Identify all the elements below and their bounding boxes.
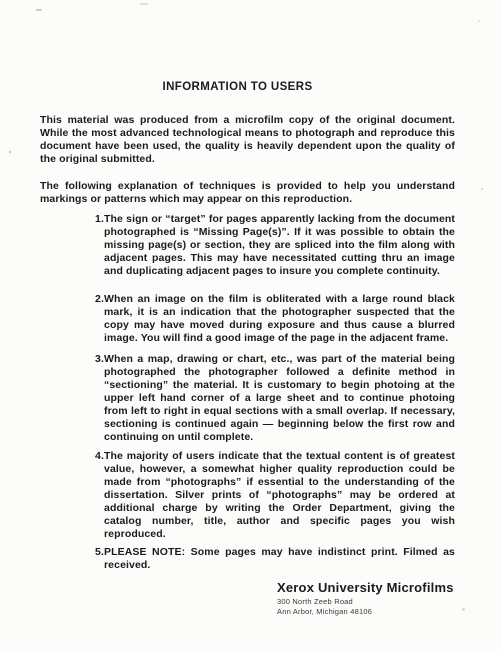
numbered-list: 1. The sign or “target” for pages appare… [40, 213, 455, 572]
scan-speck [36, 9, 42, 11]
list-item-text: When a map, drawing or chart, etc., was … [104, 353, 455, 443]
intro-paragraph-2: The following explanation of techniques … [40, 180, 455, 206]
scan-speck [462, 608, 465, 611]
scan-speck [478, 20, 480, 22]
scan-speck [9, 151, 11, 153]
scan-speck [481, 188, 483, 190]
list-item-text: When an image on the film is obliterated… [104, 293, 455, 344]
list-item-number: 3. [95, 353, 104, 366]
intro-paragraph-1: This material was produced from a microf… [40, 114, 455, 166]
publisher-address-line2: Ann Arbor, Michigan 48106 [277, 607, 455, 617]
list-item-text: The sign or “target” for pages apparentl… [104, 213, 455, 277]
list-item-number: 4. [95, 450, 104, 463]
list-item-number: 1. [95, 213, 104, 226]
publisher-block: Xerox University Microfilms 300 North Ze… [277, 580, 455, 616]
list-item: 2. When an image on the film is oblitera… [40, 293, 455, 345]
scan-speck [140, 3, 148, 5]
publisher-address: 300 North Zeeb Road Ann Arbor, Michigan … [277, 597, 455, 616]
list-item: 3. When a map, drawing or chart, etc., w… [40, 353, 455, 444]
list-item: 1. The sign or “target” for pages appare… [40, 213, 455, 278]
publisher-address-line1: 300 North Zeeb Road [277, 597, 455, 607]
page-title: INFORMATION TO USERS [30, 80, 445, 94]
list-item-number: 5. [95, 546, 104, 559]
publisher-name: Xerox University Microfilms [277, 580, 455, 595]
list-item: 5. PLEASE NOTE: Some pages may have indi… [40, 546, 455, 572]
list-item-number: 2. [95, 293, 104, 306]
list-item-text: PLEASE NOTE: Some pages may have indisti… [104, 546, 455, 571]
list-item-text: The majority of users indicate that the … [104, 450, 455, 540]
list-item: 4. The majority of users indicate that t… [40, 450, 455, 541]
document-page: INFORMATION TO USERS This material was p… [0, 0, 502, 650]
